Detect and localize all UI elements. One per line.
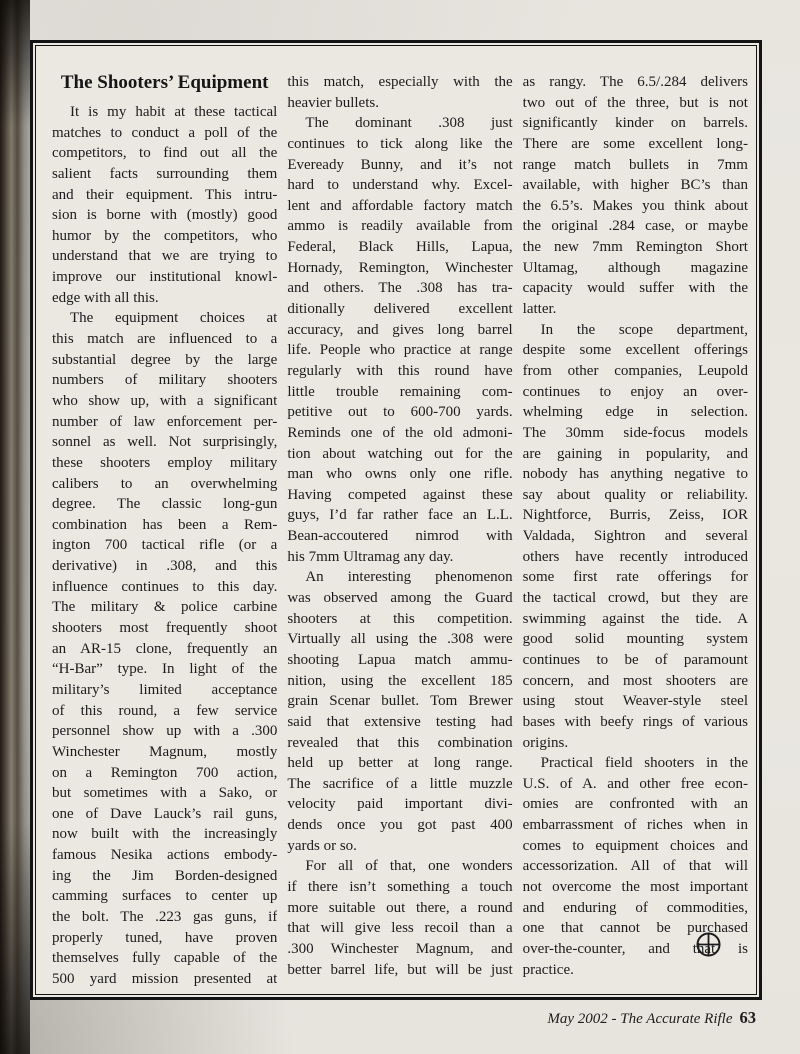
text-line: U.S. of A. and other free econ- bbox=[523, 774, 748, 795]
text-line: but sometimes with a Sako, or bbox=[52, 783, 277, 804]
text-line: improve our institutional knowl- bbox=[52, 267, 277, 288]
text-line: 500 yard mission presented at bbox=[52, 969, 277, 990]
text-line: derivative) in .308, and this bbox=[52, 556, 277, 577]
text-line: using stout Weaver-style steel bbox=[523, 691, 748, 712]
text-line: The 30mm side-focus models bbox=[523, 423, 748, 444]
text-line: this match, especially with the bbox=[287, 72, 512, 93]
text-line: “H-Bar” type. In light of the bbox=[52, 659, 277, 680]
text-line: Reminds one of the old admoni- bbox=[287, 423, 512, 444]
text-line: whelming edge in selection. bbox=[523, 402, 748, 423]
text-line: shooters most frequently shoot bbox=[52, 618, 277, 639]
text-line: The dominant .308 just bbox=[287, 113, 512, 134]
text-line: petitive out to 600-700 yards. bbox=[287, 402, 512, 423]
text-line: camming surfaces to center up bbox=[52, 886, 277, 907]
text-line: practice. bbox=[523, 960, 748, 981]
text-line: little trouble remaining com- bbox=[287, 382, 512, 403]
text-line: these shooters employ military bbox=[52, 453, 277, 474]
text-line: an AR-15 clone, frequently an bbox=[52, 639, 277, 660]
text-line: regularly with this round have bbox=[287, 361, 512, 382]
text-line: from other companies, Leupold bbox=[523, 361, 748, 382]
text-line: For all of that, one wonders bbox=[287, 856, 512, 877]
text-line: accessorization. All of that will bbox=[523, 856, 748, 877]
text-line: tion about watching out for the bbox=[287, 444, 512, 465]
text-line: Bean-accoutered nimrod with bbox=[287, 526, 512, 547]
text-line: that will give less recoil than a bbox=[287, 918, 512, 939]
text-line: bases with beefy rings of various bbox=[523, 712, 748, 733]
article-title: The Shooters’ Equipment bbox=[52, 72, 277, 93]
text-line: embarrassment of riches when in bbox=[523, 815, 748, 836]
text-line: Having competed against these bbox=[287, 485, 512, 506]
text-line: It is my habit at these tactical bbox=[52, 102, 277, 123]
text-line: The military & police carbine bbox=[52, 597, 277, 618]
text-line: the tactical crowd, but they are bbox=[523, 588, 748, 609]
text-line: The sacrifice of a little muzzle bbox=[287, 774, 512, 795]
text-line: the new 7mm Remington Short bbox=[523, 237, 748, 258]
text-line: was observed among the Guard bbox=[287, 588, 512, 609]
text-line: capacity would suffer with the bbox=[523, 278, 748, 299]
text-line: lent and affordable factory match bbox=[287, 196, 512, 217]
footer-issue: May 2002 - The Accurate Rifle bbox=[547, 1011, 732, 1027]
text-line: held up better at long range. bbox=[287, 753, 512, 774]
text-line: heavier bullets. bbox=[287, 93, 512, 114]
scanned-magazine-page: pad. Third, consider install- of a throu… bbox=[0, 0, 800, 1054]
article-columns: The Shooters’ Equipment It is my habit a… bbox=[52, 72, 748, 990]
text-line: An interesting phenomenon bbox=[287, 567, 512, 588]
text-line: combination has been a Rem- bbox=[52, 515, 277, 536]
text-line: ing the Jim Borden-designed bbox=[52, 866, 277, 887]
text-line: nobody has anything negative to bbox=[523, 464, 748, 485]
text-line: latter. bbox=[523, 299, 748, 320]
text-line: life. People who practice at range bbox=[287, 340, 512, 361]
text-line: available, with higher BC’s than bbox=[523, 175, 748, 196]
text-line: on a Remington 700 action, bbox=[52, 763, 277, 784]
text-line: accuracy, and gives long barrel bbox=[287, 320, 512, 341]
text-line: sion is borne with (mostly) good bbox=[52, 205, 277, 226]
text-line: continues to be of paramount bbox=[523, 650, 748, 671]
text-line: dends once you got past 400 bbox=[287, 815, 512, 836]
text-line: degree. The classic long-gun bbox=[52, 494, 277, 515]
text-line: grain Scenar bullet. Tom Brewer bbox=[287, 691, 512, 712]
text-line: military’s limited acceptance bbox=[52, 680, 277, 701]
text-line: the bolt. The .223 gas guns, if bbox=[52, 907, 277, 928]
text-line: nition, using the excellent 185 bbox=[287, 671, 512, 692]
column-2-text: this match, especially with theheavier b… bbox=[287, 72, 512, 980]
text-line: this match are influenced to a bbox=[52, 329, 277, 350]
text-line: Nightforce, Burris, Zeiss, IOR bbox=[523, 505, 748, 526]
text-line: .300 Winchester Magnum, and bbox=[287, 939, 512, 960]
page-footer: May 2002 - The Accurate Rifle63 bbox=[547, 1008, 756, 1028]
text-line: ington 700 tactical rifle (or a bbox=[52, 535, 277, 556]
text-line: his 7mm Ultramag any day. bbox=[287, 547, 512, 568]
text-line: Federal, Black Hills, Lapua, bbox=[287, 237, 512, 258]
text-line: one of Dave Lauck’s rail guns, bbox=[52, 804, 277, 825]
text-line: are gaining in popularity, and bbox=[523, 444, 748, 465]
text-line: velocity paid important divi- bbox=[287, 794, 512, 815]
end-of-article-icon bbox=[695, 931, 722, 958]
text-line: properly tuned, have proven bbox=[52, 928, 277, 949]
text-line: more suitable out there, a round bbox=[287, 898, 512, 919]
text-line: if there isn’t something a touch bbox=[287, 877, 512, 898]
text-line: of this round, a few service bbox=[52, 701, 277, 722]
text-line: as rangy. The 6.5/.284 delivers bbox=[523, 72, 748, 93]
text-line: There are some excellent long- bbox=[523, 134, 748, 155]
text-line: humor by the competitors, who bbox=[52, 226, 277, 247]
text-line: despite some excellent offerings bbox=[523, 340, 748, 361]
text-line: guys, I’d far rather face an L.L. bbox=[287, 505, 512, 526]
text-line: competitors, to find out all the bbox=[52, 143, 277, 164]
text-line: Hornady, Remington, Winchester bbox=[287, 258, 512, 279]
text-line: Ultamag, although magazine bbox=[523, 258, 748, 279]
binding-shadow bbox=[0, 0, 30, 1054]
column-2: this match, especially with theheavier b… bbox=[287, 72, 512, 990]
text-line: the original .284 case, or maybe bbox=[523, 216, 748, 237]
text-line: number of law enforcement per- bbox=[52, 412, 277, 433]
text-line: range match bullets in 7mm bbox=[523, 155, 748, 176]
article-frame: The Shooters’ Equipment It is my habit a… bbox=[30, 40, 762, 1000]
text-line: Practical field shooters in the bbox=[523, 753, 748, 774]
text-line: sonnel as well. Not surprisingly, bbox=[52, 432, 277, 453]
text-line: said that extensive testing had bbox=[287, 712, 512, 733]
text-line: ditionally delivered excellent bbox=[287, 299, 512, 320]
text-line: significantly kinder on barrels. bbox=[523, 113, 748, 134]
text-line: understand that we are trying to bbox=[52, 246, 277, 267]
article-frame-inner: The Shooters’ Equipment It is my habit a… bbox=[35, 45, 757, 995]
text-line: edge with all this. bbox=[52, 288, 277, 309]
text-line: themselves fully capable of the bbox=[52, 948, 277, 969]
text-line: concern, and most shooters are bbox=[523, 671, 748, 692]
text-line: In the scope department, bbox=[523, 320, 748, 341]
text-line: better barrel life, but will be just bbox=[287, 960, 512, 981]
text-line: influence continues to this day. bbox=[52, 577, 277, 598]
text-line: man who owns only one rifle. bbox=[287, 464, 512, 485]
text-line: and enduring of commodities, bbox=[523, 898, 748, 919]
text-line: continues to tick along like the bbox=[287, 134, 512, 155]
text-line: and others. The .308 has tra- bbox=[287, 278, 512, 299]
text-line: who show up, with a significant bbox=[52, 391, 277, 412]
text-line: ammo is readily available from bbox=[287, 216, 512, 237]
text-line: omies are confronted with an bbox=[523, 794, 748, 815]
text-line: others have recently introduced bbox=[523, 547, 748, 568]
column-1-text: It is my habit at these tacticalmatches … bbox=[52, 102, 277, 990]
text-line: the 6.5’s. Makes you think about bbox=[523, 196, 748, 217]
text-line: shooters at this competition. bbox=[287, 609, 512, 630]
column-3-text: as rangy. The 6.5/.284 deliverstwo out o… bbox=[523, 72, 748, 980]
text-line: some first rate offerings for bbox=[523, 567, 748, 588]
footer-page-number: 63 bbox=[740, 1008, 757, 1027]
text-line: calibers to an overwhelming bbox=[52, 474, 277, 495]
text-line: say about quality or reliability. bbox=[523, 485, 748, 506]
text-line: swimming against the tide. A bbox=[523, 609, 748, 630]
text-line: revealed that this combination bbox=[287, 733, 512, 754]
text-line: origins. bbox=[523, 733, 748, 754]
text-line: famous Nesika actions embody- bbox=[52, 845, 277, 866]
text-line: substantial degree by the large bbox=[52, 350, 277, 371]
text-line: shooting Lapua match ammu- bbox=[287, 650, 512, 671]
text-line: not overcome the most important bbox=[523, 877, 748, 898]
text-line: and their equipment. This intru- bbox=[52, 185, 277, 206]
text-line: good solid mounting system bbox=[523, 629, 748, 650]
text-line: continues to enjoy an over- bbox=[523, 382, 748, 403]
text-line: Winchester Magnum, mostly bbox=[52, 742, 277, 763]
text-line: hard to understand why. Excel- bbox=[287, 175, 512, 196]
column-3: as rangy. The 6.5/.284 deliverstwo out o… bbox=[523, 72, 748, 990]
text-line: matches to conduct a poll of the bbox=[52, 123, 277, 144]
text-line: Eveready Bunny, and it’s not bbox=[287, 155, 512, 176]
text-line: personnel show up with a .300 bbox=[52, 721, 277, 742]
text-line: numbers of military shooters bbox=[52, 370, 277, 391]
text-line: two out of the three, but is not bbox=[523, 93, 748, 114]
text-line: Virtually all using the .308 were bbox=[287, 629, 512, 650]
text-line: now built with the increasingly bbox=[52, 824, 277, 845]
text-line: salient facts surrounding them bbox=[52, 164, 277, 185]
text-line: Valdada, Sightron and several bbox=[523, 526, 748, 547]
text-line: The equipment choices at bbox=[52, 308, 277, 329]
column-1: The Shooters’ Equipment It is my habit a… bbox=[52, 72, 277, 990]
text-line: yards or so. bbox=[287, 836, 512, 857]
text-line: comes to equipment choices and bbox=[523, 836, 748, 857]
